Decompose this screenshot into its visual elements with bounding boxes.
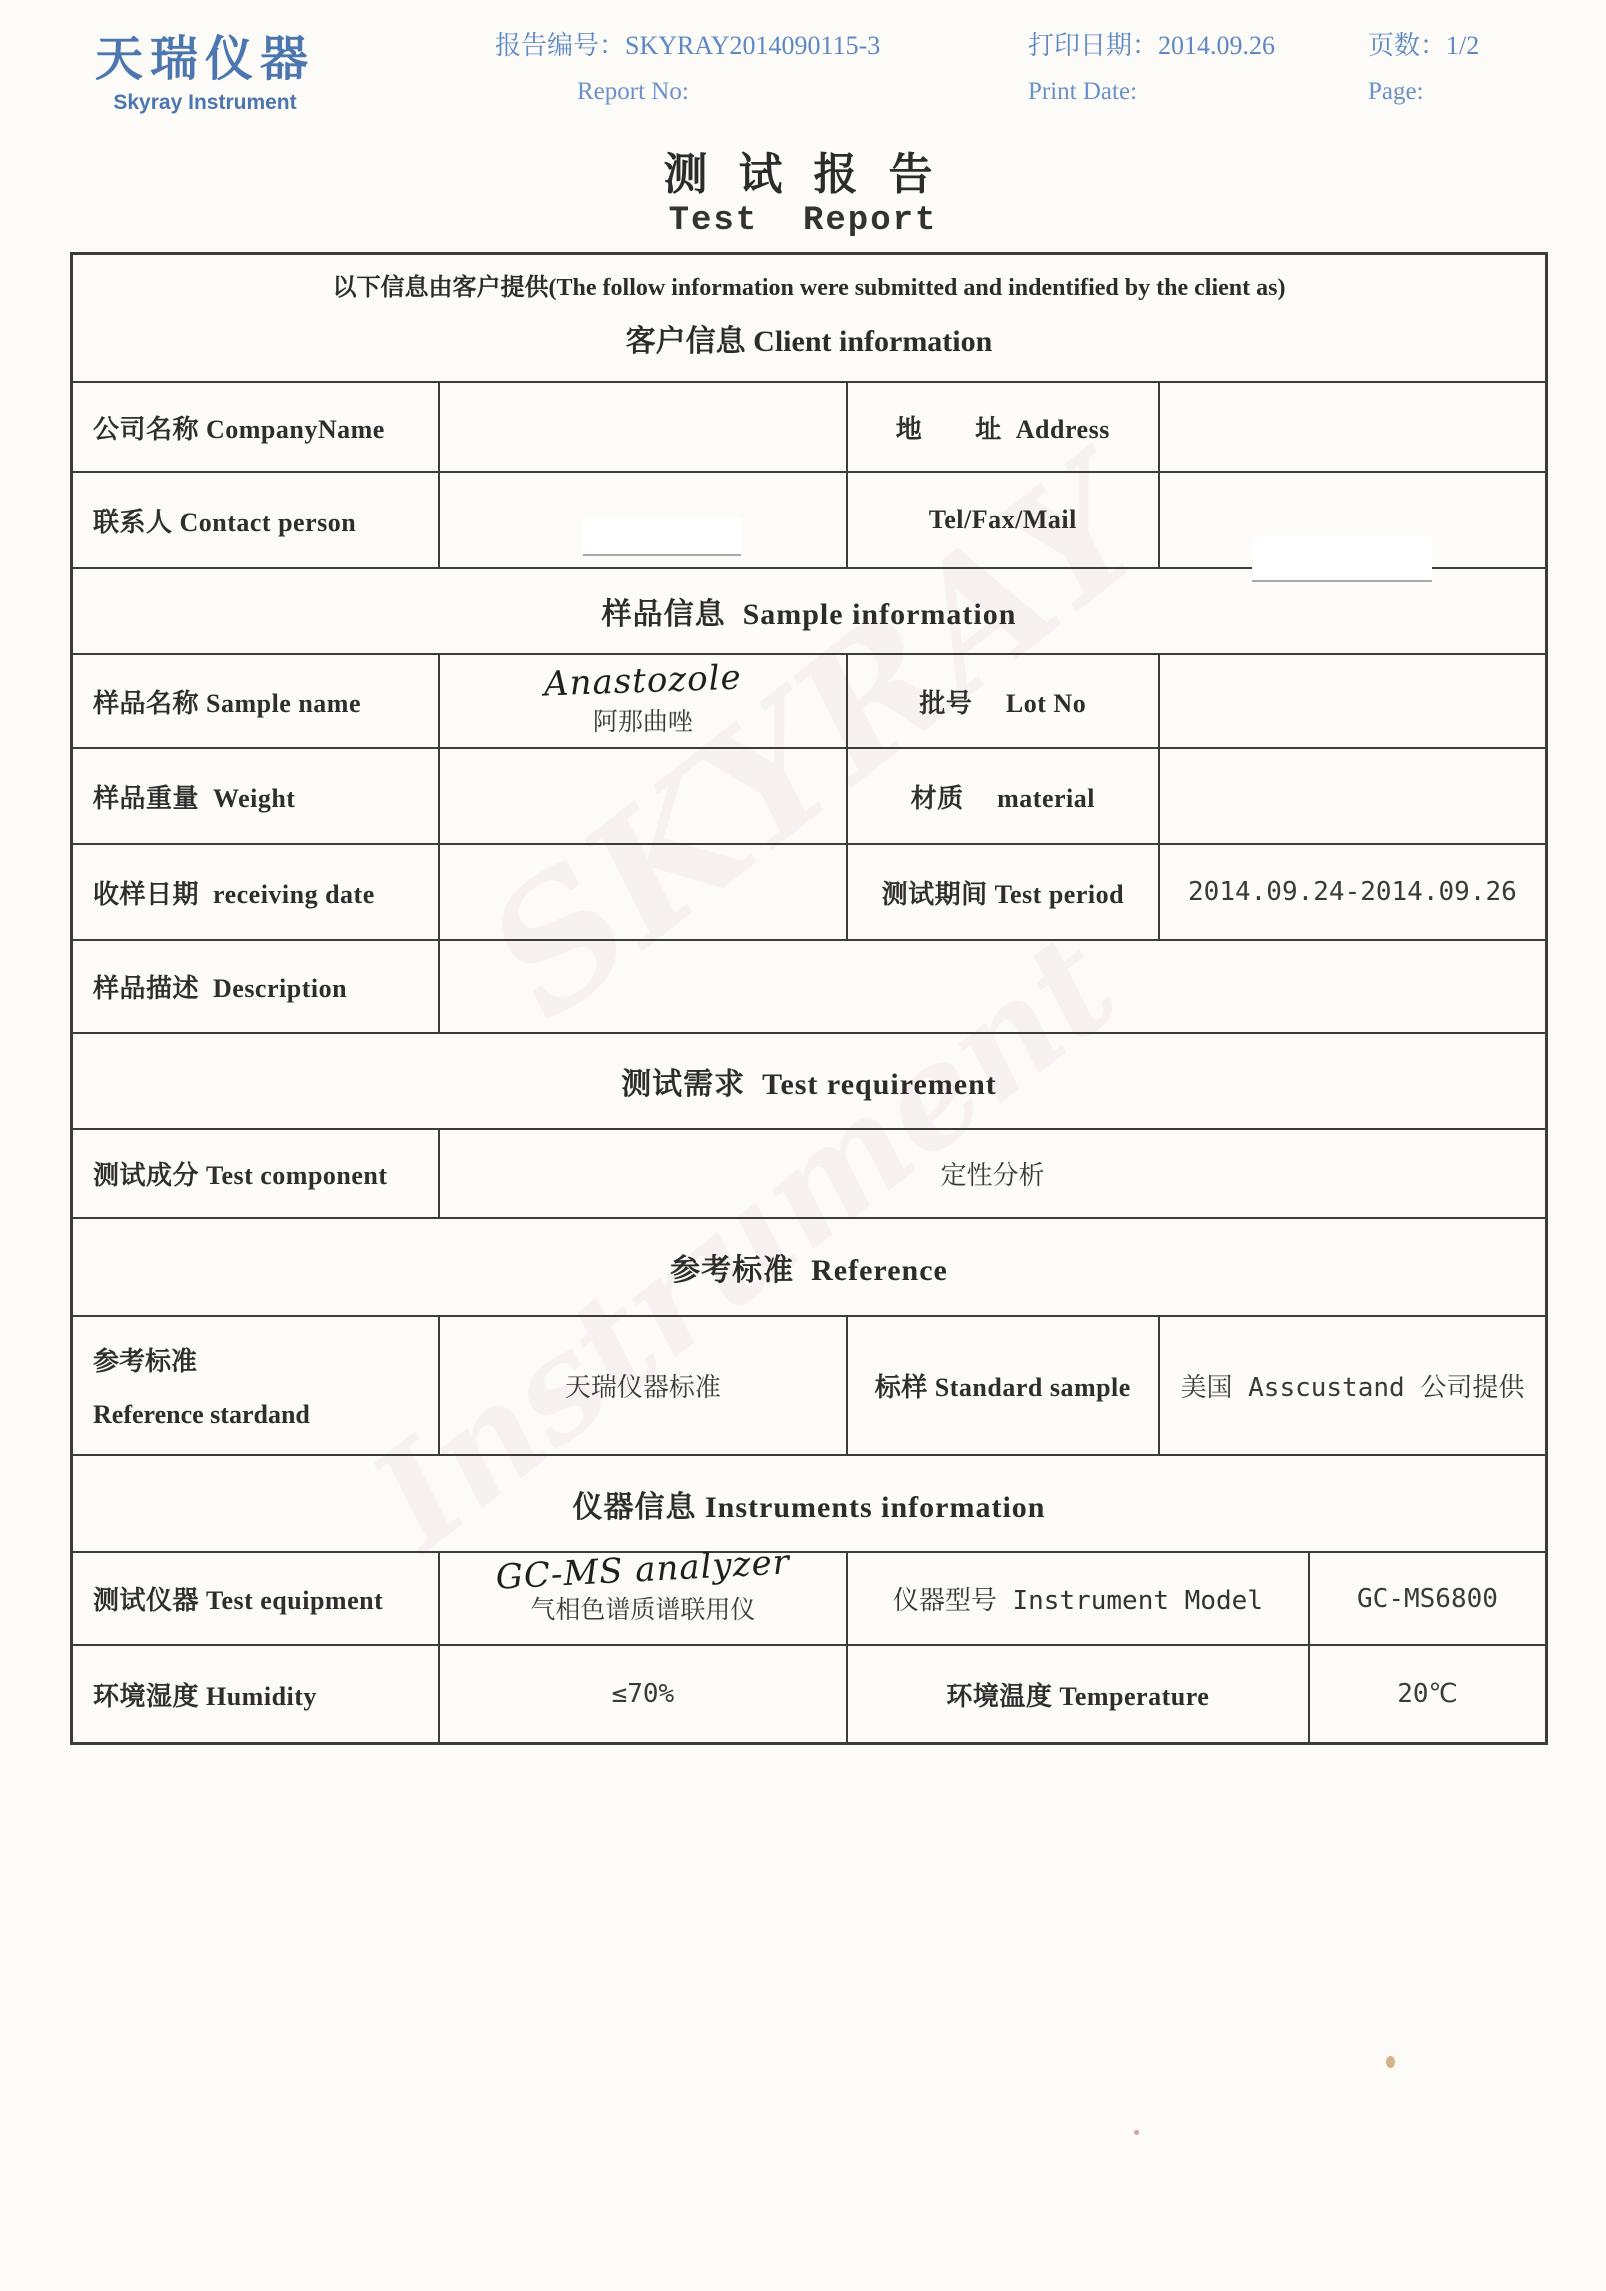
contact-label: 联系人 Contact person [73,502,438,539]
receiving-date-row: 收样日期 receiving date 测试期间 Test period 201… [73,843,1545,939]
company-row: 公司名称 CompanyName 地 址 Address [73,381,1545,471]
reference-section-heading: 参考标准 Reference [73,1245,1545,1289]
address-label-cell: 地 址 Address [846,383,1158,471]
company-label-cell: 公司名称 CompanyName [73,383,438,471]
receiving-date-value-cell [438,845,846,939]
telfax-label-cell: Tel/Fax/Mail [846,473,1158,567]
material-value-cell [1158,749,1545,843]
reference-label-cn: 参考标准 [73,1341,438,1378]
weight-label-cell: 样品重量 Weight [73,749,438,843]
sample-name-chinese-value: 阿那曲唑 [440,702,846,738]
sample-name-label-cell: 样品名称 Sample name [73,655,438,747]
address-label: 地 址 Address [848,409,1158,446]
weight-label: 样品重量 Weight [73,778,438,815]
requirement-section-heading: 测试需求 Test requirement [73,1059,1545,1103]
temperature-label: 环境温度 Temperature [848,1676,1308,1713]
report-number-line: 报告编号：SKYRAY2014090115-3 [495,25,880,62]
instruments-section-heading: 仪器信息 Instruments information [73,1482,1545,1526]
report-number-label-cn: 报告编号： [495,31,625,60]
weight-row: 样品重量 Weight 材质 material [73,747,1545,843]
section-instruments-header-cell: 仪器信息 Instruments information [73,1456,1545,1551]
humidity-label-cell: 环境湿度 Humidity [73,1646,438,1742]
print-date-line: 打印日期：2014.09.26 [1028,25,1275,62]
test-period-label-cell: 测试期间 Test period [846,845,1158,939]
page-count-group: 页数：1/2 Page: [1368,25,1479,106]
section-reference-header-cell: 参考标准 Reference [73,1219,1545,1315]
section-requirement-header-cell: 测试需求 Test requirement [73,1034,1545,1128]
standard-sample-label-cell: 标样 Standard sample [846,1317,1158,1454]
reference-standard-row: 参考标准 Reference stardand 天瑞仪器标准 标样 Standa… [73,1315,1545,1454]
test-equipment-row: 测试仪器 Test equipment GC-MS analyzer 气相色谱质… [73,1551,1545,1644]
test-component-label: 测试成分 Test component [73,1155,438,1192]
standard-sample-value: 美国 Asscustand 公司提供 [1160,1367,1545,1404]
lot-value-cell [1158,655,1545,747]
reference-value-cell: 天瑞仪器标准 [438,1317,846,1454]
report-table: 以下信息由客户提供(The follow information were su… [70,252,1548,1745]
company-label: 公司名称 CompanyName [73,409,438,446]
sample-name-value-cell: Anastozole 阿那曲唑 [438,655,846,747]
receiving-date-label-cell: 收样日期 receiving date [73,845,438,939]
print-date-label-cn: 打印日期： [1028,31,1158,60]
description-label: 样品描述 Description [73,968,438,1005]
redaction-patch [1252,536,1432,582]
document-title-english: Test Report [0,202,1606,240]
client-note-text: 以下信息由客户提供(The follow information were su… [73,267,1545,302]
humidity-value: ≤70% [440,1679,846,1709]
report-number-label-en: Report No: [495,78,880,106]
test-equipment-label-cell: 测试仪器 Test equipment [73,1553,438,1644]
description-value-cell [438,941,1545,1032]
test-equipment-label: 测试仪器 Test equipment [73,1580,438,1617]
section-requirement-header-row: 测试需求 Test requirement [73,1032,1545,1128]
section-instruments-header-row: 仪器信息 Instruments information [73,1454,1545,1551]
section-reference-header-row: 参考标准 Reference [73,1217,1545,1315]
reference-value: 天瑞仪器标准 [440,1367,846,1404]
lot-label-cell: 批号 Lot No [846,655,1158,747]
print-date-group: 打印日期：2014.09.26 Print Date: [1028,25,1275,106]
document-title-chinese: 测 试 报 告 [0,138,1606,202]
logo-english-name: Skyray Instrument [95,91,315,115]
company-value-cell [438,383,846,471]
humidity-row: 环境湿度 Humidity ≤70% 环境温度 Temperature 20℃ [73,1644,1545,1742]
receiving-date-label: 收样日期 receiving date [73,874,438,911]
report-number-group: 报告编号：SKYRAY2014090115-3 Report No: [495,25,880,106]
instrument-model-value: GC-MS6800 [1310,1584,1545,1614]
page-count-label-en: Page: [1368,78,1479,106]
standard-sample-value-cell: 美国 Asscustand 公司提供 [1158,1317,1545,1454]
temperature-value: 20℃ [1310,1679,1545,1709]
sample-section-heading: 样品信息 Sample information [73,589,1545,633]
test-period-value: 2014.09.24-2014.09.26 [1160,877,1545,907]
test-component-label-cell: 测试成分 Test component [73,1130,438,1217]
instrument-model-value-cell: GC-MS6800 [1308,1553,1545,1644]
test-period-label: 测试期间 Test period [848,874,1158,911]
description-label-cell: 样品描述 Description [73,941,438,1032]
scan-speck [1134,2130,1139,2135]
redaction-patch [583,518,741,556]
sample-name-label: 样品名称 Sample name [73,683,438,720]
spacer [73,1378,438,1400]
page-count-line: 页数：1/2 [1368,25,1479,62]
scanned-test-report-page: SKYRAY Instrument 天瑞仪器 Skyray Instrument… [0,0,1606,2291]
print-date-value: 2014.09.26 [1158,31,1275,60]
scan-speck [1386,2056,1395,2068]
sample-name-handwritten-value: Anastozole [440,657,847,707]
test-period-value-cell: 2014.09.24-2014.09.26 [1158,845,1545,939]
print-date-label-en: Print Date: [1028,78,1275,106]
weight-value-cell [438,749,846,843]
section-client-header-row: 以下信息由客户提供(The follow information were su… [73,255,1545,381]
client-section-heading: 客户信息 Client information [73,316,1545,360]
standard-sample-label: 标样 Standard sample [848,1367,1158,1404]
material-label: 材质 material [848,778,1158,815]
humidity-value-cell: ≤70% [438,1646,846,1742]
temperature-value-cell: 20℃ [1308,1646,1545,1742]
contact-label-cell: 联系人 Contact person [73,473,438,567]
description-row: 样品描述 Description [73,939,1545,1032]
page-count-label-cn: 页数： [1368,31,1446,60]
page-count-value: 1/2 [1446,31,1479,60]
humidity-label: 环境湿度 Humidity [73,1676,438,1713]
test-equipment-value-cell: GC-MS analyzer 气相色谱质谱联用仪 [438,1553,846,1644]
reference-label-cell: 参考标准 Reference stardand [73,1317,438,1454]
report-number-value: SKYRAY2014090115-3 [625,31,880,60]
logo-chinese-name: 天瑞仪器 [95,20,315,89]
test-component-row: 测试成分 Test component 定性分析 [73,1128,1545,1217]
address-value-cell [1158,383,1545,471]
material-label-cell: 材质 material [846,749,1158,843]
instrument-model-label-cell: 仪器型号 Instrument Model [846,1553,1308,1644]
lot-label: 批号 Lot No [848,683,1158,720]
temperature-label-cell: 环境温度 Temperature [846,1646,1308,1742]
telfax-label: Tel/Fax/Mail [848,505,1158,535]
company-logo: 天瑞仪器 Skyray Instrument [95,20,315,115]
sample-name-row: 样品名称 Sample name Anastozole 阿那曲唑 批号 Lot … [73,653,1545,747]
test-component-value: 定性分析 [440,1155,1545,1192]
instrument-model-label: 仪器型号 Instrument Model [848,1580,1308,1617]
reference-label-en: Reference stardand [73,1400,438,1430]
section-client-header-cell: 以下信息由客户提供(The follow information were su… [73,255,1545,381]
test-component-value-cell: 定性分析 [438,1130,1545,1217]
